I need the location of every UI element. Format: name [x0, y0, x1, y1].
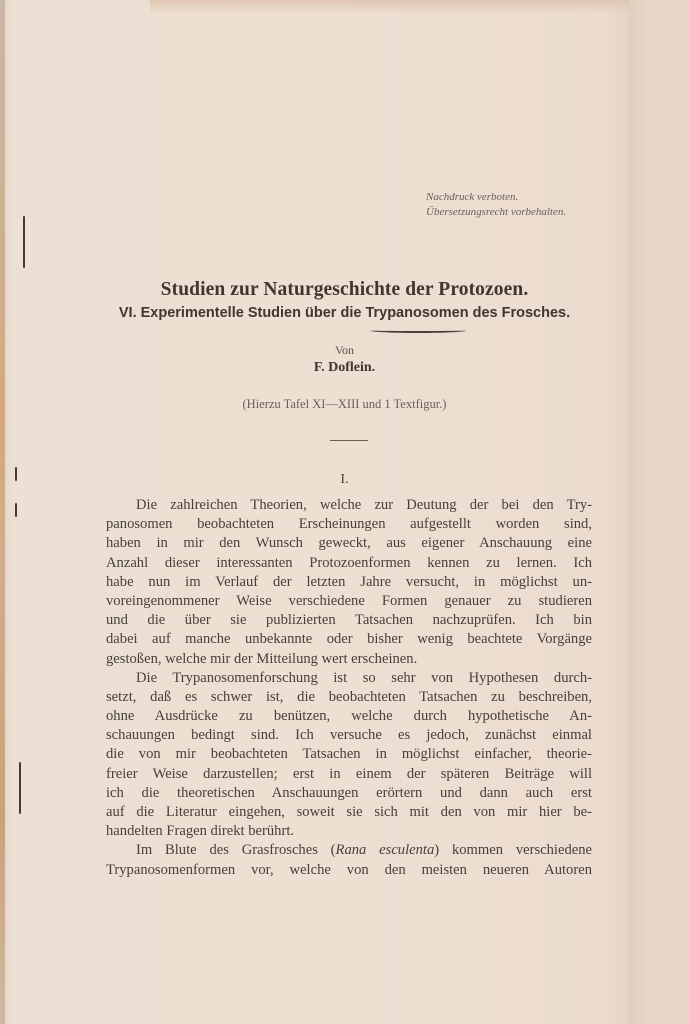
text-line: Die Trypanosomenforschung ist so sehr vo… — [106, 669, 592, 688]
binding-edge — [0, 0, 5, 1024]
reprint-forbidden: Nachdruck verboten. — [426, 190, 566, 205]
text-line: schauungen bedingt sind. Ich versuche es… — [106, 726, 592, 745]
text-line: freier Weise darzustellen; erst in einem… — [106, 765, 592, 784]
copyright-notice: Nachdruck verboten. Übersetzungsrecht vo… — [426, 190, 566, 220]
text-line: die von mir beobachteten Tatsachen in mö… — [106, 745, 592, 764]
text-fragment: ) kommen verschiedene — [434, 842, 592, 858]
text-line: Anzahl dieser interessanten Protozoenfor… — [106, 554, 592, 573]
plates-note: (Hierzu Tafel XI—XIII und 1 Textfigur.) — [0, 397, 689, 412]
translation-rights: Übersetzungsrecht vorbehalten. — [426, 205, 566, 220]
staple-mark-icon — [15, 503, 17, 517]
species-name: Rana esculenta — [336, 842, 435, 858]
text-line: ich die theoretischen Anschauungen erört… — [106, 784, 592, 803]
text-line: Die zahlreichen Theorien, welche zur Deu… — [106, 496, 592, 515]
text-line: und die über sie publizierten Tatsachen … — [106, 611, 592, 630]
page-subtitle: VI. Experimentelle Studien über die Tryp… — [0, 305, 689, 321]
pen-underline-mark — [370, 328, 466, 333]
byline-label: Von — [0, 343, 689, 358]
staple-mark-icon — [19, 762, 21, 814]
text-line: panosomen beobachteten Erscheinungen auf… — [106, 515, 592, 534]
author-name: F. Doflein. — [0, 360, 689, 376]
text-fragment: Im Blute des Grasfrosches ( — [136, 842, 336, 858]
right-fold-shadow — [628, 0, 689, 1024]
staple-mark-icon — [23, 216, 25, 268]
text-line: habe nun im Verlauf der letzten Jahre ve… — [106, 573, 592, 592]
text-line: ohne Ausdrücke zu benützen, welche durch… — [106, 707, 592, 726]
section-number: I. — [0, 472, 689, 488]
text-line: setzt, daß es schwer ist, die beobachtet… — [106, 688, 592, 707]
text-line: Im Blute des Grasfrosches (Rana esculent… — [106, 841, 592, 860]
top-fold-shadow — [150, 0, 630, 14]
body-text: Die zahlreichen Theorien, welche zur Deu… — [106, 496, 592, 880]
text-line: dabei auf manche unbekannte oder bisher … — [106, 630, 592, 649]
text-line: gestoßen, welche mir der Mitteilung wert… — [106, 650, 592, 669]
text-line: auf die Literatur eingehen, soweit sie s… — [106, 803, 592, 822]
text-line: handelten Fragen direkt berührt. — [106, 822, 592, 841]
divider — [330, 440, 368, 441]
text-line: haben in mir den Wunsch geweckt, aus eig… — [106, 534, 592, 553]
scanned-page: Nachdruck verboten. Übersetzungsrecht vo… — [0, 0, 689, 1024]
page-title: Studien zur Naturgeschichte der Protozoe… — [0, 279, 689, 301]
text-line: Trypanosomenformen vor, welche von den m… — [106, 861, 592, 880]
text-line: voreingenommener Weise verschiedene Form… — [106, 592, 592, 611]
